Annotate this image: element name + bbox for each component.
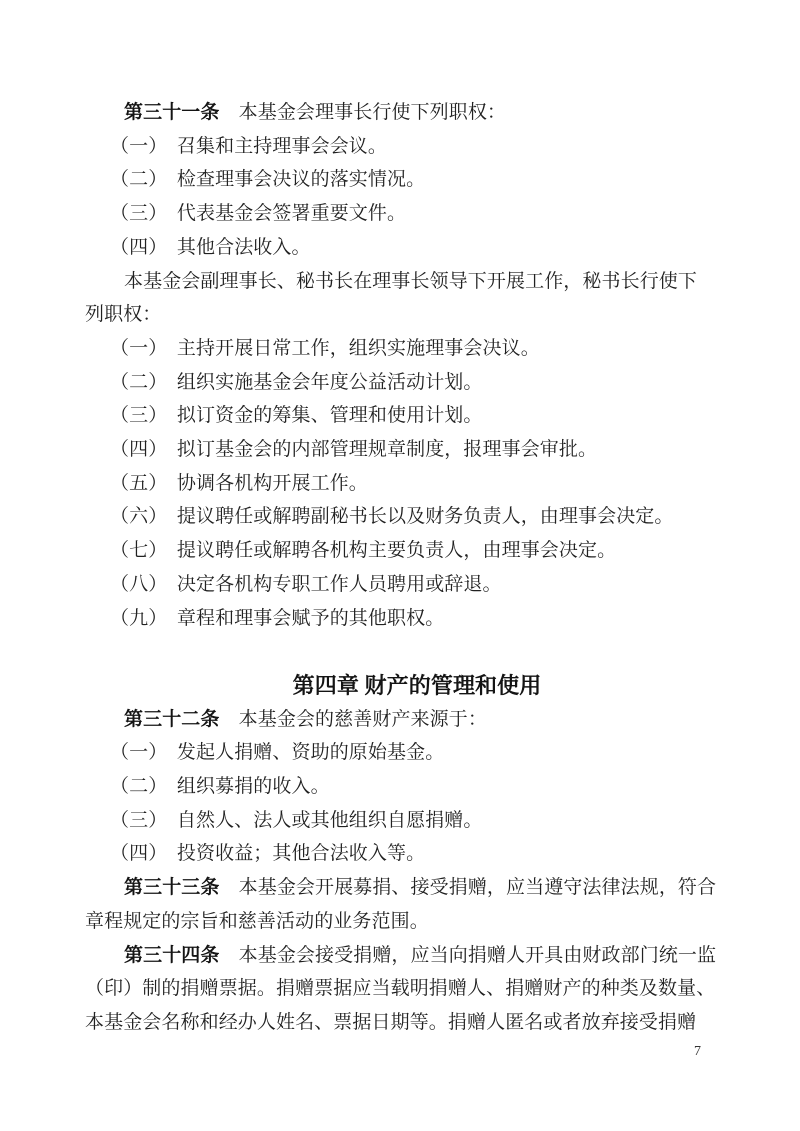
document-line: （四） 其他合法收入。 [85,231,707,265]
document-line: 第三十一条 本基金会理事长行使下列职权： [85,96,707,130]
article-number-label: 第三十四条 [124,945,220,966]
document-line: （四） 投资收益；其他合法收入等。 [85,837,707,871]
article-number-label: 第三十三条 [124,877,220,898]
document-line: 第三十二条 本基金会的慈善财产来源于： [85,703,707,737]
document-line: （六） 提议聘任或解聘副秘书长以及财务负责人，由理事会决定。 [85,500,707,534]
document-line: （印）制的捐赠票据。捐赠票据应当载明捐赠人、捐赠财产的种类及数量、 [85,972,707,1006]
document-line: （一） 主持开展日常工作，组织实施理事会决议。 [85,332,707,366]
document-line: （二） 检查理事会决议的落实情况。 [85,163,707,197]
document-line: 第三十四条 本基金会接受捐赠，应当向捐赠人开具由财政部门统一监 [85,939,707,973]
document-line: 第三十三条 本基金会开展募捐、接受捐赠，应当遵守法律法规，符合 [85,871,707,905]
document-line: （二） 组织募捐的收入。 [85,770,707,804]
document-line: （一） 召集和主持理事会会议。 [85,130,707,164]
document-line: 本基金会名称和经办人姓名、票据日期等。捐赠人匿名或者放弃接受捐赠 [85,1006,707,1040]
document-line: （一） 发起人捐赠、资助的原始基金。 [85,736,707,770]
document-line: 列职权： [85,298,707,332]
article-number-label: 第三十二条 [124,709,220,730]
document-line: 章程规定的宗旨和慈善活动的业务范围。 [85,905,707,939]
document-line: （五） 协调各机构开展工作。 [85,467,707,501]
document-line: （七） 提议聘任或解聘各机构主要负责人，由理事会决定。 [85,534,707,568]
document-line: 本基金会副理事长、秘书长在理事长领导下开展工作，秘书长行使下 [85,265,707,299]
document-line: （三） 拟订资金的筹集、管理和使用计划。 [85,399,707,433]
chapter-heading: 第四章 财产的管理和使用 [85,669,707,703]
document-line: （二） 组织实施基金会年度公益活动计划。 [85,366,707,400]
article-number-label: 第三十一条 [124,102,220,123]
text-block: 第三十一条 本基金会理事长行使下列职权：（一） 召集和主持理事会会议。（二） 检… [85,96,707,1040]
document-line: （三） 代表基金会签署重要文件。 [85,197,707,231]
document-line: （四） 拟订基金会的内部管理规章制度，报理事会审批。 [85,433,707,467]
document-page: 第三十一条 本基金会理事长行使下列职权：（一） 召集和主持理事会会议。（二） 检… [0,0,800,1131]
document-line: （八） 决定各机构专职工作人员聘用或辞退。 [85,568,707,602]
page-number: 7 [694,1042,701,1062]
document-line: （九） 章程和理事会赋予的其他职权。 [85,602,707,636]
document-line: （三） 自然人、法人或其他组织自愿捐赠。 [85,804,707,838]
